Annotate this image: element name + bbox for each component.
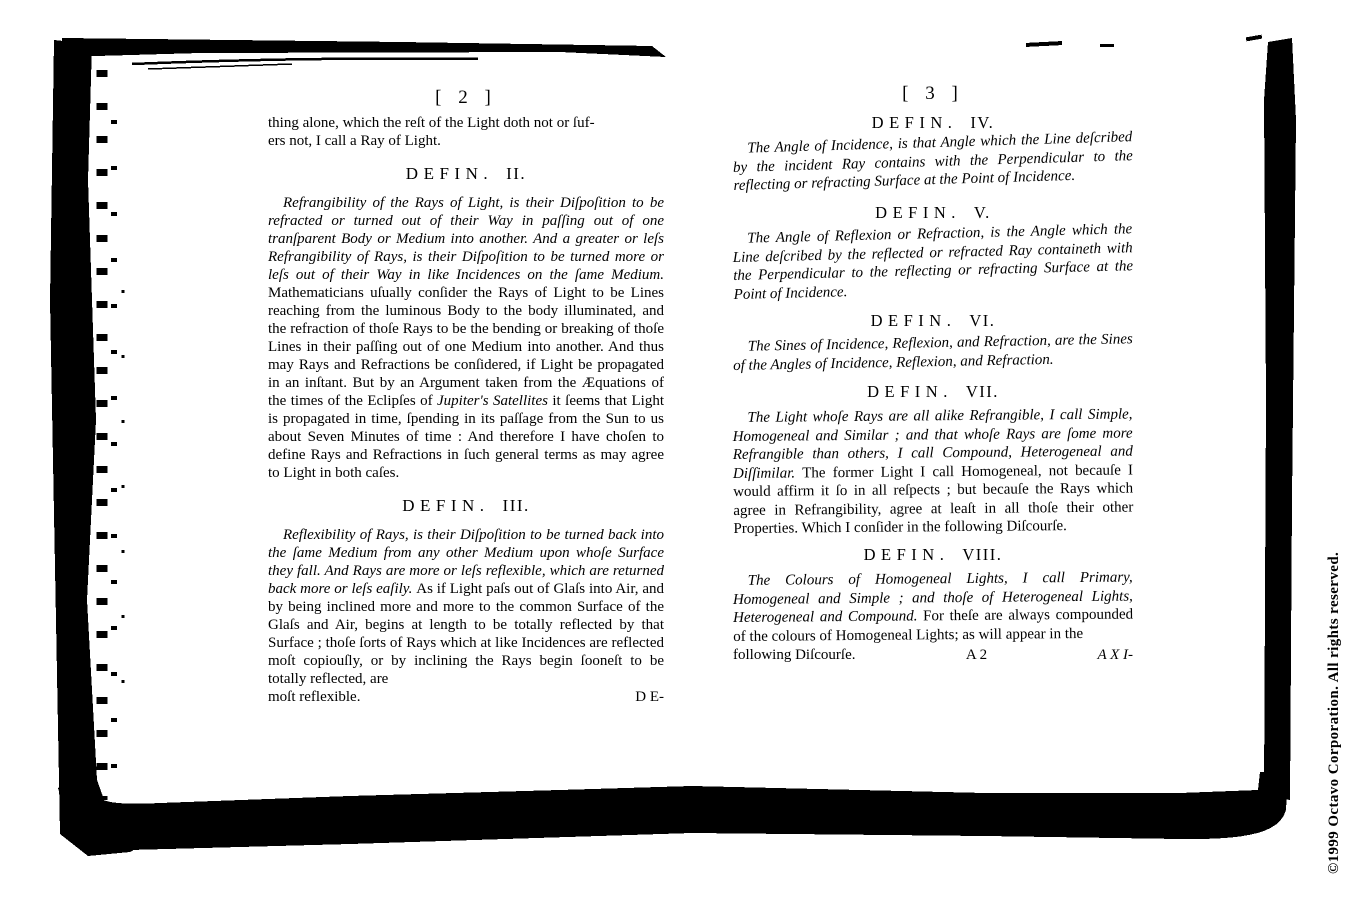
page-3-number: [ 3 ] [733,82,1133,106]
defin-7-heading: DEFIN.VII. [733,382,1133,402]
heading-numeral: II. [506,164,526,183]
defin-6-para: The Sines of Incidence, Reflexion, and R… [733,330,1134,375]
heading-label: DEFIN. [872,113,958,132]
scan-dash-3 [1246,35,1262,42]
italic-text: The Sines of Incidence, Reflexion, and R… [733,331,1133,373]
heading-label: DEFIN. [864,545,950,564]
roman-text: Mathematicians uſually conſider the Rays… [268,285,664,409]
heading-label: DEFIN. [406,164,493,183]
heading-label: DEFIN. [875,203,961,222]
roman-text: D E- [635,688,664,706]
defin-4-para: The Angle of Incidence, is that Angle wh… [732,128,1133,195]
heading-numeral: III. [503,496,530,515]
defin-3-para: Reflexibility of Rays, is their Diſpoſit… [268,526,664,688]
defin-5-heading: DEFIN.V. [733,203,1133,223]
book-right-edge [1264,38,1296,800]
page-3-footer: following Diſcourſe.A 2A X I- [733,646,1133,665]
heading-numeral: IV. [970,113,994,132]
right-page: [ 3 ]DEFIN.IV.The Angle of Incidence, is… [733,82,1133,665]
roman-text: moſt reflexible. [268,688,360,706]
italic-text: The Angle of Incidence, is that Angle wh… [733,129,1133,194]
heading-numeral: VIII. [962,545,1002,564]
heading-numeral: VII. [966,382,999,401]
heading-numeral: VI. [969,311,995,330]
book-top-edge [62,38,666,57]
defin-6-heading: DEFIN.VI. [733,311,1133,331]
book-bottom-edge [58,772,1288,850]
heading-label: DEFIN. [871,311,957,330]
page-2-number: [ 2 ] [268,86,664,110]
roman-text: A 2 [966,646,987,665]
scan-dash-1 [1026,41,1062,47]
heading-numeral: V. [974,203,991,222]
book-scan-frame [0,0,1350,899]
page-2-intro: thing alone, which the reſt of the Light… [268,114,664,150]
defin-2-para: Refrangibility of the Rays of Light, is … [268,194,664,482]
heading-label: DEFIN. [402,496,489,515]
defin-3-heading: DEFIN.III. [268,496,664,516]
italic-text: Jupiter's Satellites [437,393,548,409]
defin-7-para: The Light whoſe Rays are all alike Refra… [732,405,1133,538]
defin-5-para: The Angle of Reflexion or Refraction, is… [732,220,1134,304]
italic-text: Refrangibility of the Rays of Light, is … [268,195,664,283]
left-page: [ 2 ]thing alone, which the reſt of the … [268,86,664,706]
page-edge-streak-1 [132,59,478,64]
italic-text: A X I- [1097,646,1133,665]
italic-text: The Angle of Reflexion or Refraction, is… [733,221,1134,302]
scan-dash-2 [1100,44,1114,47]
heading-label: DEFIN. [867,382,953,401]
defin-8-para: The Colours of Homogeneal Lights, I call… [733,569,1134,646]
defin-8-heading: DEFIN.VIII. [733,545,1133,565]
page-edge-streak-2 [148,64,292,69]
defin-2-heading: DEFIN.II. [268,164,664,184]
page-2-footer: moſt reflexible.D E- [268,688,664,706]
roman-text: following Diſcourſe. [733,646,855,665]
copyright-notice: ©1999 Octavo Corporation. All rights res… [1326,552,1343,874]
